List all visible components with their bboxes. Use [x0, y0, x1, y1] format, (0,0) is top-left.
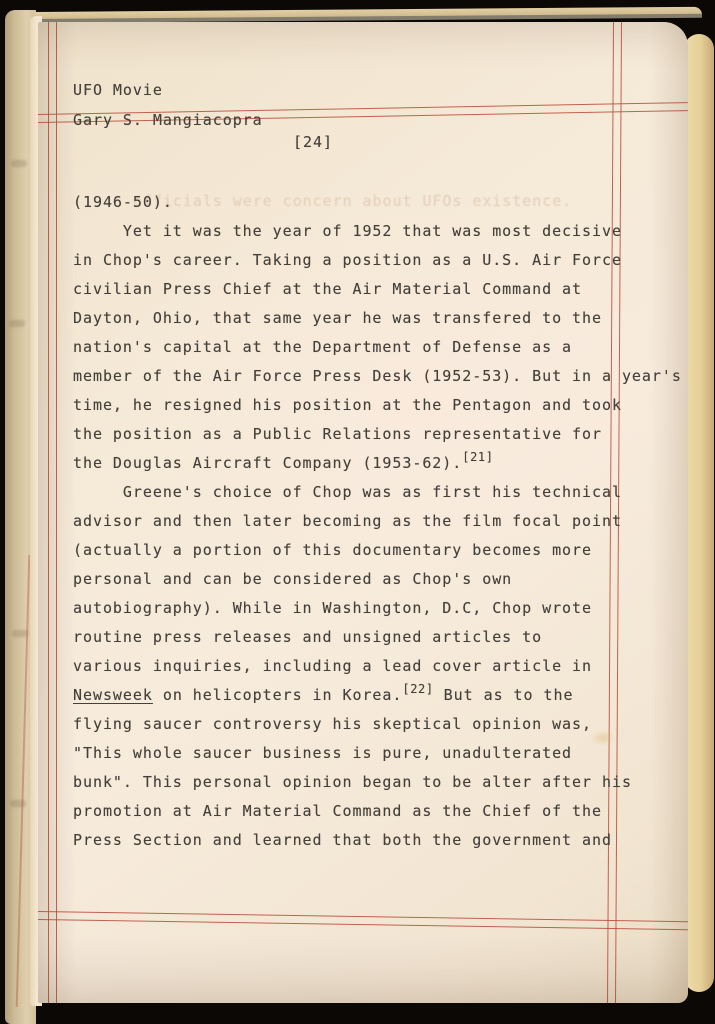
body-line: the Douglas Aircraft Company (1953-62).[…	[73, 449, 682, 478]
bleedthrough-smudge	[10, 800, 26, 807]
body-text: (1946-50). Yet it was the year of 1952 t…	[73, 188, 682, 855]
body-line: Newsweek on helicopters in Korea.[22] Bu…	[73, 681, 682, 710]
body-line: "This whole saucer business is pure, una…	[73, 739, 682, 768]
body-line: Greene's choice of Chop was as first his…	[73, 478, 682, 507]
right-page-edge	[684, 34, 714, 992]
ruled-line-vertical-left	[48, 22, 57, 1003]
ruled-line-horizontal-bottom	[38, 911, 688, 930]
doc-title: UFO Movie	[73, 76, 163, 105]
body-line: Dayton, Ohio, that same year he was tran…	[73, 304, 682, 333]
body-line: various inquiries, including a lead cove…	[73, 652, 682, 681]
body-line: advisor and then later becoming as the f…	[73, 507, 682, 536]
manuscript-page: officials were concern about UFOs existe…	[38, 22, 688, 1003]
under-page-red-rule	[16, 555, 31, 1007]
body-line: (1946-50).	[73, 188, 682, 217]
body-line: nation's capital at the Department of De…	[73, 333, 682, 362]
body-line: Press Section and learned that both the …	[73, 826, 682, 855]
body-line: the position as a Public Relations repre…	[73, 420, 682, 449]
body-line: in Chop's career. Taking a position as a…	[73, 246, 682, 275]
doc-author: Gary S. Mangiacopra	[73, 106, 263, 135]
body-line: civilian Press Chief at the Air Material…	[73, 275, 682, 304]
bleedthrough-smudge	[9, 320, 25, 327]
body-line: (actually a portion of this documentary …	[73, 536, 682, 565]
body-line: promotion at Air Material Command as the…	[73, 797, 682, 826]
body-line: autobiography). While in Washington, D.C…	[73, 594, 682, 623]
body-line: routine press releases and unsigned arti…	[73, 623, 682, 652]
page-number: [24]	[293, 128, 333, 157]
body-line: Yet it was the year of 1952 that was mos…	[73, 217, 682, 246]
bleedthrough-smudge	[11, 160, 27, 167]
body-line: personal and can be considered as Chop's…	[73, 565, 682, 594]
body-line: time, he resigned his position at the Pe…	[73, 391, 682, 420]
body-line: member of the Air Force Press Desk (1952…	[73, 362, 682, 391]
body-line: bunk". This personal opinion began to be…	[73, 768, 682, 797]
body-line: flying saucer controversy his skeptical …	[73, 710, 682, 739]
scanned-document-photo: { "document": { "running_title": "UFO Mo…	[0, 0, 715, 1024]
